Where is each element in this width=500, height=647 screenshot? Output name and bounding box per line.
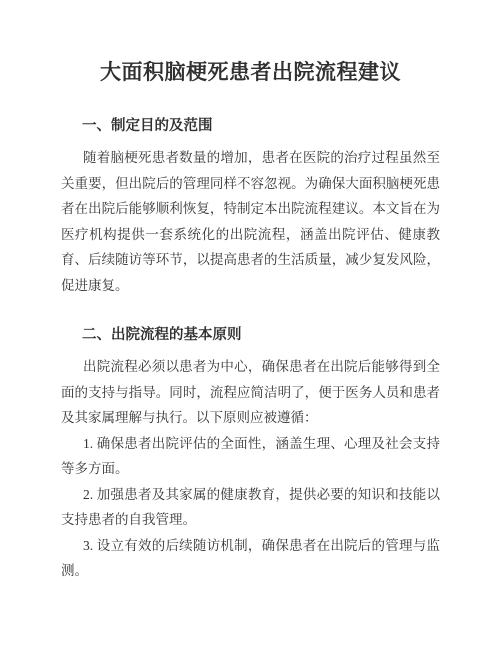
principle-list-item-2: 2. 加强患者及其家属的健康教育，提供必要的知识和技能以支持患者的自我管理。 <box>61 482 440 533</box>
section-1-paragraph: 随着脑梗死患者数量的增加，患者在医院的治疗过程虽然至关重要，但出院后的管理同样不… <box>61 145 440 298</box>
principle-list-item-1: 1. 确保患者出院评估的全面性，涵盖生理、心理及社会支持等多方面。 <box>61 431 440 482</box>
section-1-heading: 一、制定目的及范围 <box>61 118 440 135</box>
principle-list-item-3: 3. 设立有效的后续随访机制，确保患者在出院后的管理与监测。 <box>61 533 440 584</box>
document-title: 大面积脑梗死患者出院流程建议 <box>61 57 440 88</box>
section-2-heading: 二、出院流程的基本原则 <box>61 327 440 344</box>
document-page: 大面积脑梗死患者出院流程建议 一、制定目的及范围 随着脑梗死患者数量的增加，患者… <box>0 0 500 647</box>
section-purpose-and-scope: 一、制定目的及范围 随着脑梗死患者数量的增加，患者在医院的治疗过程虽然至关重要，… <box>61 118 440 298</box>
section-basic-principles: 二、出院流程的基本原则 出院流程必须以患者为中心，确保患者在出院后能够得到全面的… <box>61 327 440 584</box>
section-2-intro-paragraph: 出院流程必须以患者为中心，确保患者在出院后能够得到全面的支持与指导。同时，流程应… <box>61 354 440 431</box>
